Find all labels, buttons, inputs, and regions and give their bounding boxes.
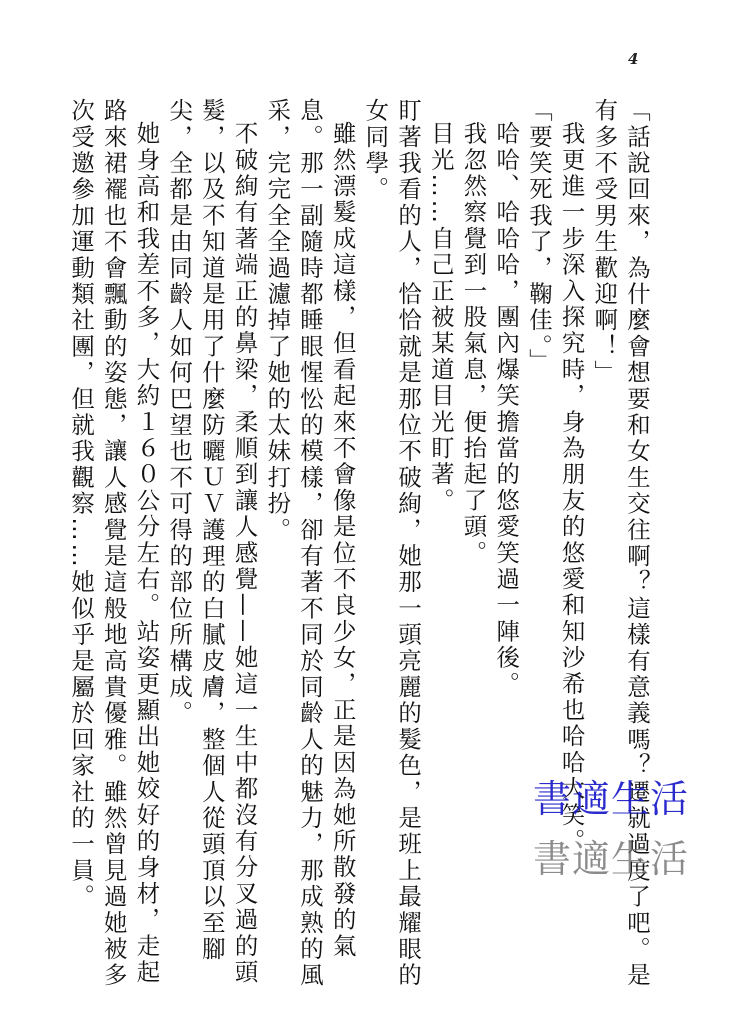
- paragraph: 哈哈、哈哈哈，團內爆笑擔當的悠愛笑過一陣後。: [489, 98, 522, 990]
- paragraph: 雖然漂髮成這樣，但看起來不會像是位不良少女，正是因為她所散發的氣息。那一副隨時都…: [261, 98, 359, 990]
- paragraph: 盯著我看的人，恰恰就是那位不破絢，她那一頭亮麗的髮色，是班上最耀眼的女同學。: [359, 98, 424, 990]
- watermark-blue: 書適生活: [533, 768, 689, 823]
- paragraph: 不破絢有著端正的鼻梁，柔順到讓人感覺——她這一生中都沒有分叉過的頭髮，以及不知道…: [162, 98, 260, 990]
- page-number: 4: [628, 50, 638, 68]
- watermark-gray: 書適生活: [533, 828, 689, 883]
- paragraph: 她身高和我差不多，大約１６０公分左右。站姿更顯出她姣好的身材，走起路來裙襬也不會…: [64, 98, 162, 990]
- paragraph: 目光……自己正被某道目光盯著。: [424, 98, 457, 990]
- paragraph: 我忽然察覺到一股氣息，便抬起了頭。: [457, 98, 490, 990]
